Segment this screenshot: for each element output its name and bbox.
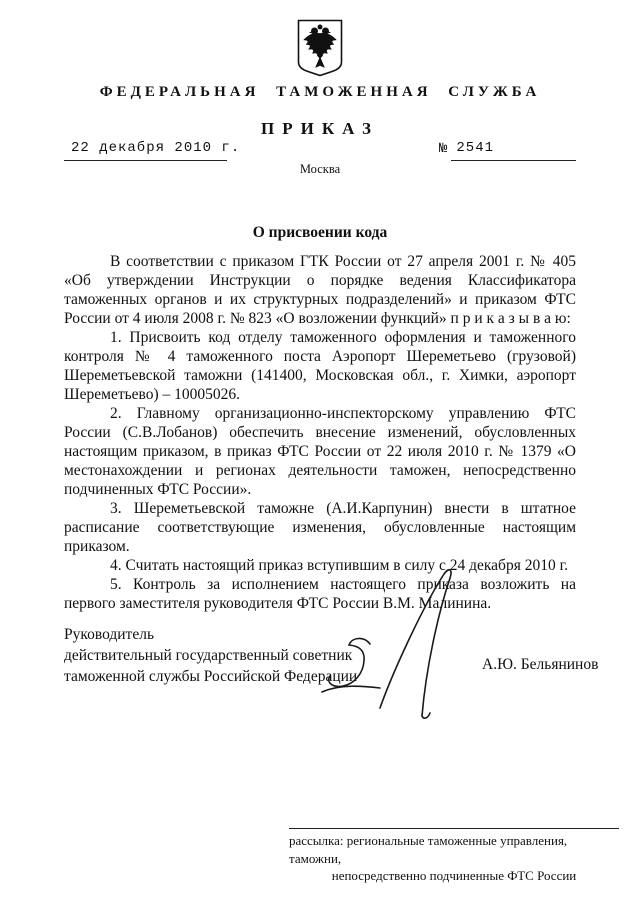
- document-type-title: ПРИКАЗ: [0, 119, 640, 139]
- distribution-note: рассылка: региональные таможенные управл…: [289, 828, 619, 885]
- russian-coat-of-arms-icon: [297, 19, 343, 77]
- handwritten-signature-icon: [318, 566, 468, 729]
- service-name: ФЕДЕРАЛЬНАЯ ТАМОЖЕННАЯ СЛУЖБА: [0, 84, 640, 101]
- paragraph-item-2: 2. Главному организационно-инспекторском…: [64, 404, 576, 499]
- paragraph-preamble: В соответствии с приказом ГТК России от …: [64, 252, 576, 328]
- order-document-page: ФЕДЕРАЛЬНАЯ ТАМОЖЕННАЯ СЛУЖБА ПРИКАЗ 22 …: [0, 0, 640, 900]
- distribution-line: непосредственно подчиненные ФТС России: [289, 867, 619, 885]
- document-date: 22 декабря 2010 г.: [64, 140, 227, 161]
- emblem-container: [0, 19, 640, 82]
- distribution-line: рассылка: региональные таможенные управл…: [289, 832, 619, 867]
- document-body: В соответствии с приказом ГТК России от …: [64, 252, 576, 613]
- document-number: 2541: [451, 140, 576, 161]
- issue-city: Москва: [0, 162, 640, 177]
- signer-name: А.Ю. Бельянинов: [482, 656, 640, 674]
- date-number-row: 22 декабря 2010 г. № 2541: [64, 140, 576, 161]
- number-sign: №: [439, 141, 451, 161]
- document-subject: О присвоении кода: [64, 224, 576, 242]
- paragraph-item-1: 1. Присвоить код отделу таможенного офор…: [64, 328, 576, 404]
- document-number-cell: № 2541: [439, 140, 576, 161]
- paragraph-item-3: 3. Шереметьевской таможне (А.И.Карпунин)…: [64, 499, 576, 556]
